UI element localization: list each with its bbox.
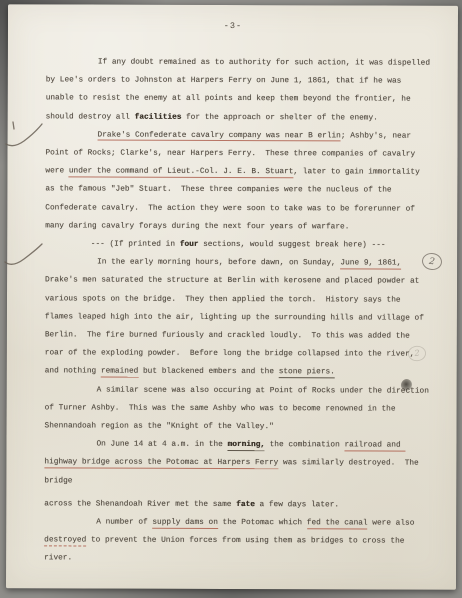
text-run: In the early morning hours, before dawn,…: [97, 259, 340, 268]
paragraph-lee-orders: If any doubt remained as to authority fo…: [46, 53, 432, 127]
annotated-text-run: Drake's Confederate cavalry company was …: [98, 131, 341, 141]
text-run: the combination: [265, 441, 345, 449]
text-run: --- (If printed in: [91, 241, 180, 249]
paragraph-berlin-bridge-burning: In the early morning hours, before dawn,…: [45, 254, 431, 383]
paragraph-point-of-rocks: A similar scene was also occuring at Poi…: [45, 381, 431, 437]
paragraph-cavalry-companies: Drake's Confederate cavalry company was …: [45, 126, 431, 237]
annotated-text-run: under the command of Lieut.-Col. J. E. B…: [69, 168, 294, 178]
annotated-text-run: fate: [236, 501, 255, 509]
typescript-body: If any doubt remained as to authority fo…: [44, 53, 432, 569]
paragraph-harpers-ferry-bridge: On June 14 at 4 a.m. in the morning, the…: [44, 436, 430, 492]
page-number: -3-: [8, 20, 458, 32]
annotated-text-run: remained: [101, 368, 138, 378]
paragraph-shenandoah-bridge: across the Shenandoah River met the same…: [44, 495, 430, 515]
text-run: A similar scene was also occuring at Poi…: [45, 386, 434, 431]
paragraph-supply-dams: A number of supply dams on the Potomac w…: [44, 513, 430, 569]
text-run: a few days later.: [255, 501, 339, 509]
text-run: A number of: [96, 519, 152, 527]
annotated-text-run: fed the canal: [307, 519, 368, 529]
text-run: for the approach or shelter of the enemy…: [181, 113, 378, 122]
paper-sheet: -3- If any doubt remained as to authorit…: [6, 4, 458, 590]
text-run: On June 14 at 4 a.m. in the: [96, 441, 227, 449]
margin-checkmark-icon: [2, 119, 44, 149]
text-run: If any doubt remained as to authority fo…: [46, 59, 435, 122]
annotated-text-run: stone piers.: [279, 369, 335, 379]
text-run: to prevent the Union forces from using t…: [44, 537, 409, 563]
annotated-text-run: morning,: [227, 441, 264, 451]
annotated-text-run: destroyed: [44, 537, 86, 547]
annotated-text-run: June 9, 1861,: [340, 260, 401, 270]
scanned-typescript-page: { "page": { "page_number": "-3-", "backg…: [0, 0, 462, 598]
annotated-text-run: facilities: [135, 113, 182, 121]
text-run: across the Shenandoah River met the same: [44, 500, 236, 509]
annotated-text-run: four: [180, 241, 199, 249]
text-run: Drake's men saturated the structure at B…: [45, 260, 429, 376]
text-run: the Potomac which: [218, 519, 307, 527]
text-run: but blackened embers and the: [138, 368, 278, 376]
line-break-note: --- (If printed in four sections, would …: [45, 235, 431, 255]
text-run: sections, would suggest break here) ---: [198, 241, 385, 250]
text-run: were also: [368, 520, 419, 528]
margin-checkmark-icon: [0, 238, 44, 268]
annotated-text-run: supply dams on: [152, 519, 218, 529]
